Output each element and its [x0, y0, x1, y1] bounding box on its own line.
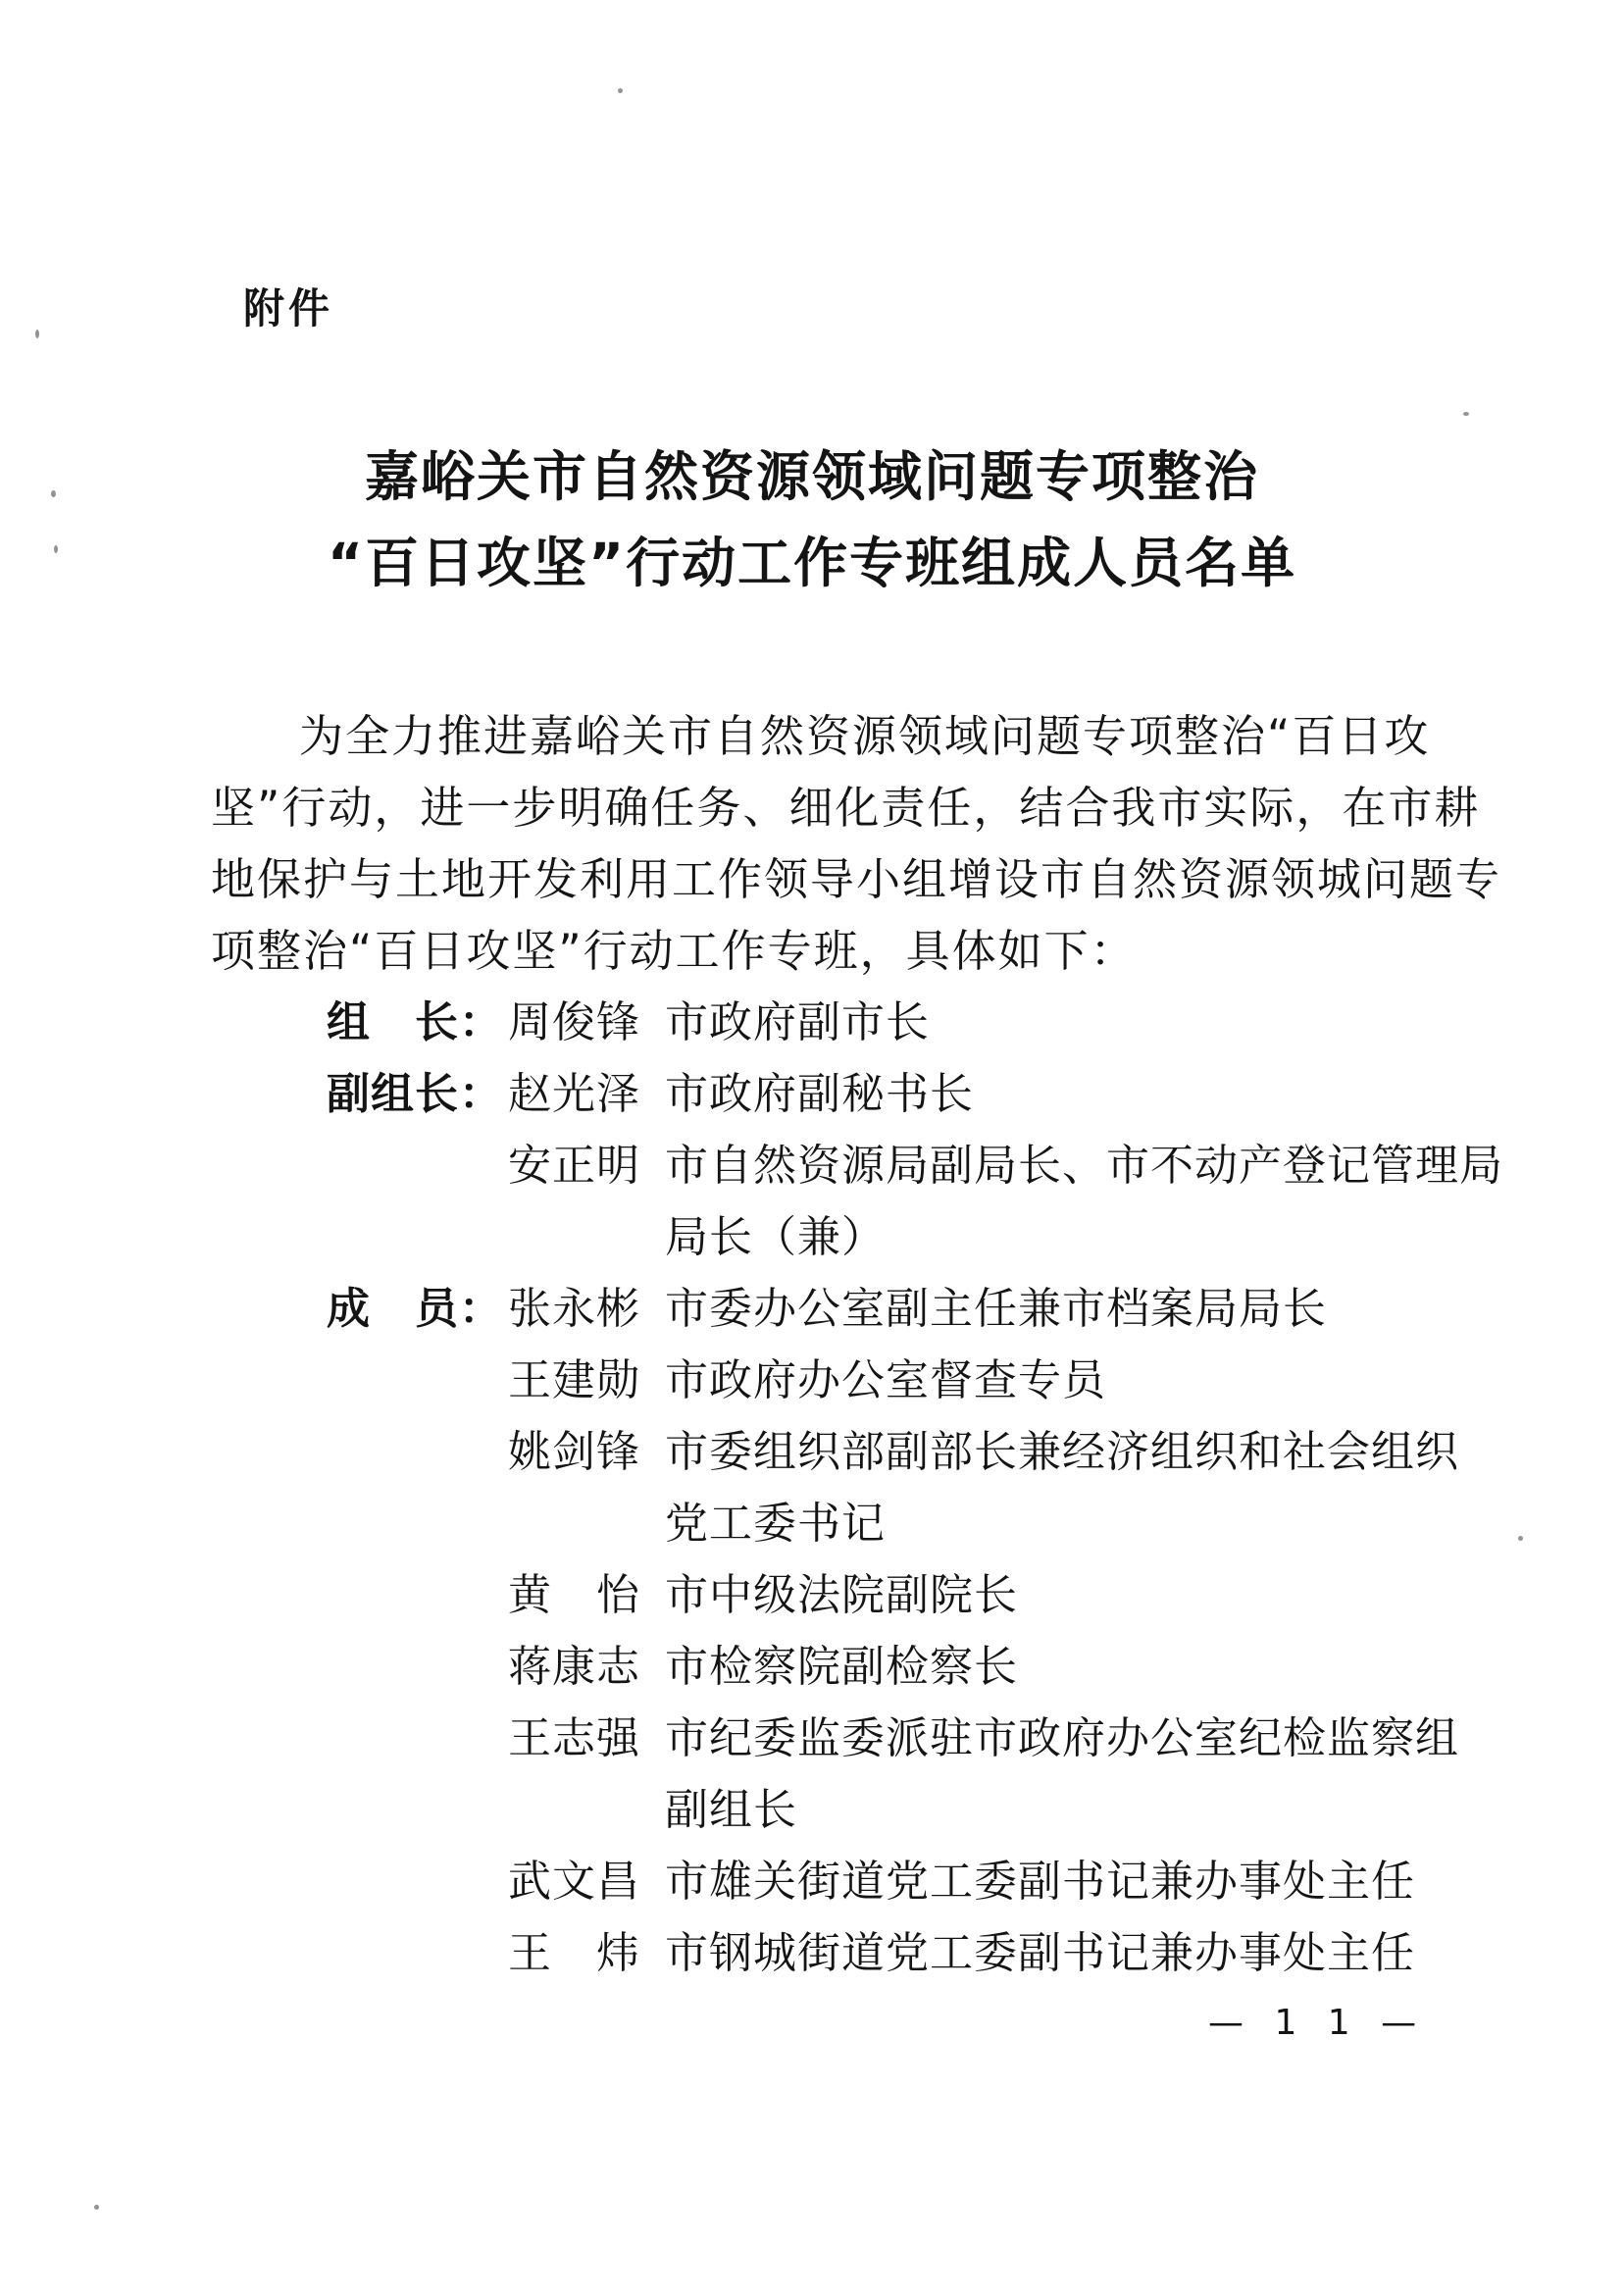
- roster-member-position: 市雄关街道党工委副书记兼办事处主任: [665, 1846, 1486, 1917]
- document-title: 嘉峪关市自然资源领域问题专项整治 “百日攻坚”行动工作专班组成人员名单: [0, 433, 1624, 606]
- roster-member-position: 市政府副秘书长: [665, 1058, 1486, 1130]
- roster-row: 成 员： 张永彬 市委办公室副主任兼市档案局局长: [211, 1273, 1486, 1345]
- roster-member-name: 张永彬: [508, 1273, 665, 1345]
- roster-row: 组 长： 周俊锋 市政府副市长: [211, 987, 1486, 1058]
- roster-member-name: 黄 怡: [508, 1559, 665, 1631]
- roster-role-label: 组 长：: [327, 987, 508, 1058]
- roster-member-name: 蒋康志: [508, 1631, 665, 1703]
- roster-member-position: 市纪委监委派驻市政府办公室纪检监察组副组长: [665, 1703, 1486, 1846]
- scan-speckle: [618, 88, 623, 93]
- roster-row: 安正明 市自然资源局副局长、市不动产登记管理局局长（兼）: [211, 1130, 1486, 1273]
- body-line: 坚”行动，进一步明确任务、细化责任，结合我市实际，在市耕: [211, 772, 1417, 843]
- position-line: 市钢城街道党工委副书记兼办事处主任: [665, 1917, 1486, 1989]
- body-paragraph: 为全力推进嘉峪关市自然资源领域问题专项整治“百日攻 坚”行动，进一步明确任务、细…: [211, 700, 1417, 987]
- roster-member-name: 王志强: [508, 1703, 665, 1774]
- roster-member-name: 赵光泽: [508, 1058, 665, 1130]
- roster-member-position: 市中级法院副院长: [665, 1559, 1486, 1631]
- roster-row: 王 炜 市钢城街道党工委副书记兼办事处主任: [211, 1917, 1486, 1989]
- roster-row: 武文昌 市雄关街道党工委副书记兼办事处主任: [211, 1846, 1486, 1917]
- position-line: 市雄关街道党工委副书记兼办事处主任: [665, 1846, 1486, 1917]
- scan-speckle: [1518, 1536, 1523, 1541]
- position-line: 市政府办公室督查专员: [665, 1345, 1486, 1416]
- roster-role-label: 成 员：: [327, 1273, 508, 1345]
- position-line: 市政府副秘书长: [665, 1058, 1486, 1130]
- position-line: 市政府副市长: [665, 987, 1486, 1058]
- position-line: 市检察院副检察长: [665, 1631, 1486, 1703]
- page-number: — 1 1 —: [1208, 2003, 1426, 2043]
- roster-role-label: 副组长：: [327, 1058, 508, 1130]
- roster-member-position: 市检察院副检察长: [665, 1631, 1486, 1703]
- roster-row: 副组长： 赵光泽 市政府副秘书长: [211, 1058, 1486, 1130]
- work-group-roster: 组 长： 周俊锋 市政府副市长 副组长： 赵光泽 市政府副秘书长 安正明 市自然…: [211, 987, 1486, 1989]
- position-line: 市中级法院副院长: [665, 1559, 1486, 1631]
- scan-speckle: [1463, 412, 1469, 416]
- scan-speckle: [54, 545, 58, 553]
- roster-member-name: 王 炜: [508, 1917, 665, 1989]
- roster-row: 王建勋 市政府办公室督查专员: [211, 1345, 1486, 1416]
- position-line: 局长（兼）: [665, 1201, 1503, 1273]
- roster-member-name: 武文昌: [508, 1846, 665, 1917]
- roster-member-name: 周俊锋: [508, 987, 665, 1058]
- roster-member-name: 姚剑锋: [508, 1416, 665, 1488]
- position-line: 市纪委监委派驻市政府办公室纪检监察组: [665, 1703, 1486, 1774]
- roster-member-position: 市钢城街道党工委副书记兼办事处主任: [665, 1917, 1486, 1989]
- position-line: 副组长: [665, 1774, 1486, 1846]
- roster-member-position: 市政府副市长: [665, 987, 1486, 1058]
- body-line: 项整治“百日攻坚”行动工作专班，具体如下：: [211, 915, 1417, 987]
- document-title-line-1: 嘉峪关市自然资源领域问题专项整治: [0, 433, 1624, 520]
- scanned-document-page: 附件 嘉峪关市自然资源领域问题专项整治 “百日攻坚”行动工作专班组成人员名单 为…: [0, 0, 1624, 2293]
- attachment-label: 附件: [243, 277, 333, 335]
- document-title-line-2: “百日攻坚”行动工作专班组成人员名单: [0, 520, 1624, 606]
- position-line: 市委办公室副主任兼市档案局局长: [665, 1273, 1486, 1345]
- roster-row: 黄 怡 市中级法院副院长: [211, 1559, 1486, 1631]
- roster-member-position: 市自然资源局副局长、市不动产登记管理局局长（兼）: [665, 1130, 1503, 1273]
- scan-speckle: [94, 2205, 99, 2210]
- roster-row: 蒋康志 市检察院副检察长: [211, 1631, 1486, 1703]
- roster-member-name: 安正明: [508, 1130, 665, 1201]
- roster-member-position: 市政府办公室督查专员: [665, 1345, 1486, 1416]
- roster-member-position: 市委组织部副部长兼经济组织和社会组织党工委书记: [665, 1416, 1486, 1559]
- roster-row: 姚剑锋 市委组织部副部长兼经济组织和社会组织党工委书记: [211, 1416, 1486, 1559]
- position-line: 市自然资源局副局长、市不动产登记管理局: [665, 1130, 1503, 1201]
- position-line: 市委组织部副部长兼经济组织和社会组织: [665, 1416, 1486, 1488]
- position-line: 党工委书记: [665, 1488, 1486, 1559]
- scan-speckle: [35, 330, 39, 338]
- roster-member-position: 市委办公室副主任兼市档案局局长: [665, 1273, 1486, 1345]
- scan-speckle: [51, 490, 56, 497]
- roster-row: 王志强 市纪委监委派驻市政府办公室纪检监察组副组长: [211, 1703, 1486, 1846]
- body-line: 为全力推进嘉峪关市自然资源领域问题专项整治“百日攻: [211, 700, 1417, 772]
- body-line: 地保护与土地开发利用工作领导小组增设市自然资源领城问题专: [211, 843, 1417, 915]
- roster-member-name: 王建勋: [508, 1345, 665, 1416]
